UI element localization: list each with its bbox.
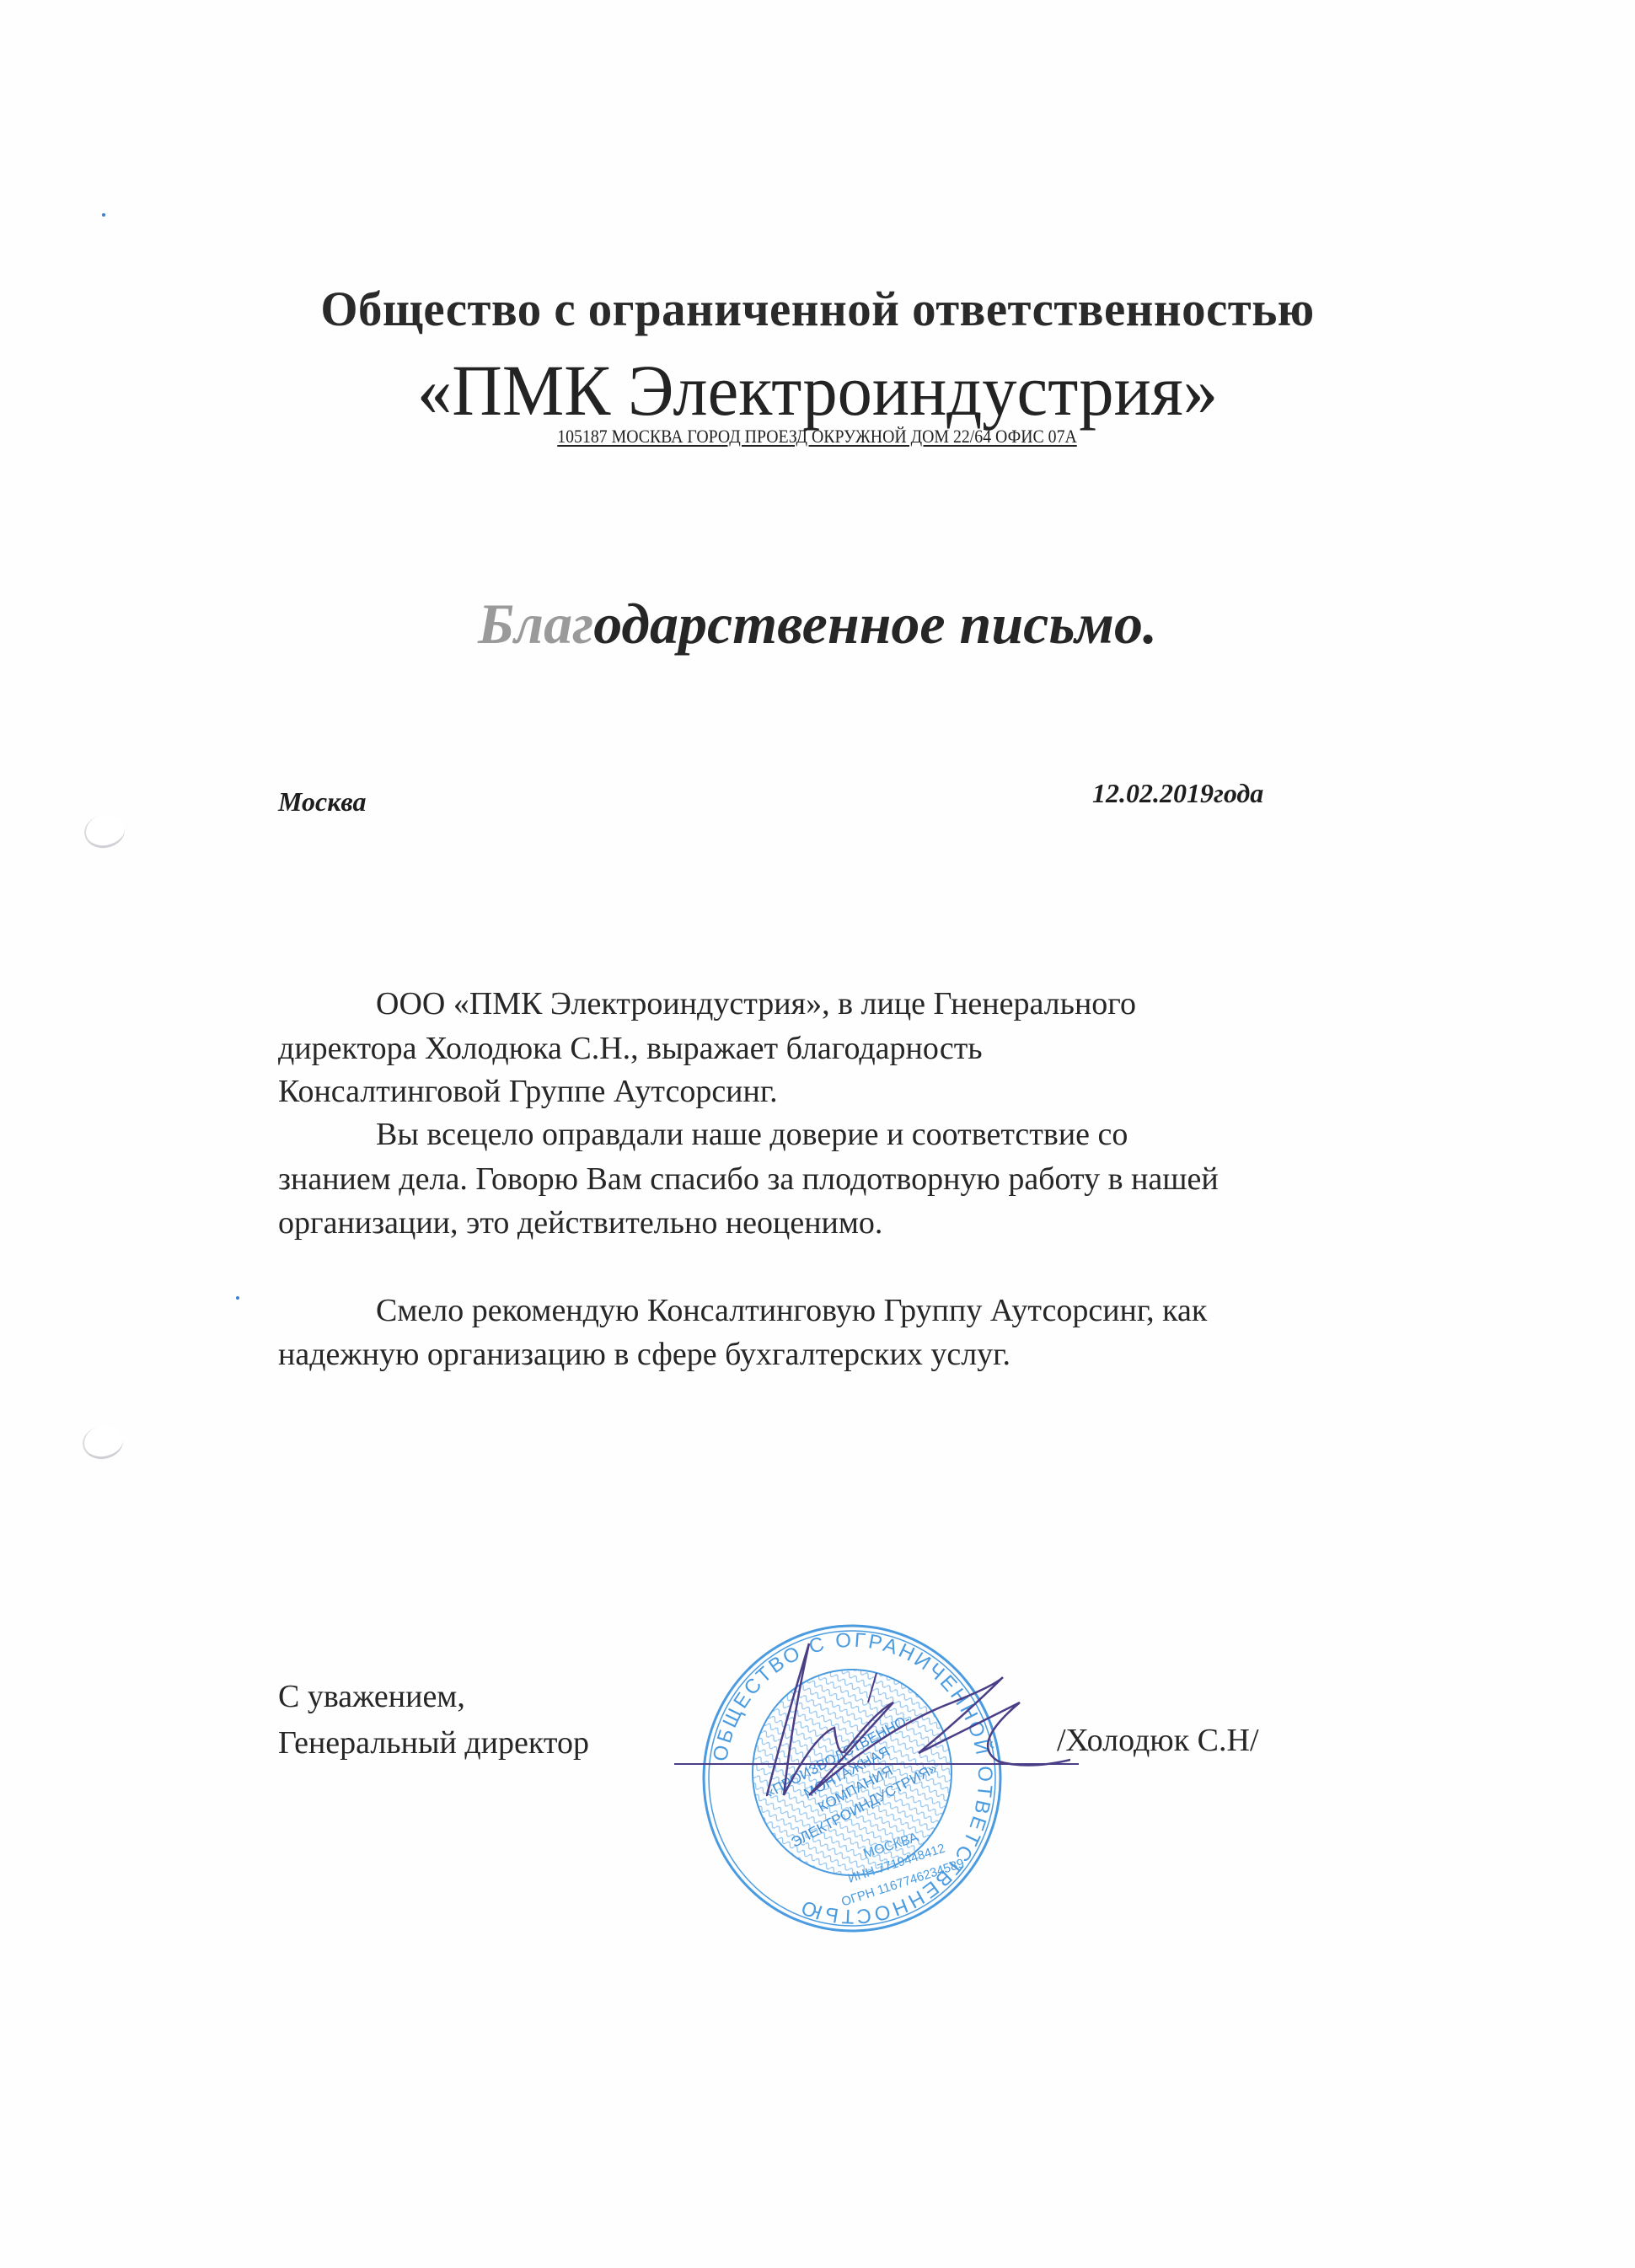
body-line: Вы всецело оправдали наше доверие и соот… [376,1118,1128,1150]
letter-place: Москва [278,788,367,815]
letter-date: 12.02.2019года [1092,780,1263,807]
title-rest: одарственное письмо. [593,592,1157,656]
letter-title: Благодарственное письмо. [0,595,1635,652]
ink-speck [236,1296,239,1300]
body-line: Смело рекомендую Консалтинговую Группу А… [376,1295,1207,1327]
signer-name: /Холодюк С.Н/ [1057,1724,1259,1756]
body-line: Консалтинговой Группе Аутсорсинг. [278,1075,778,1107]
body-line: директора Холодюка С.Н., выражает благод… [278,1032,983,1064]
signer-position: Генеральный директор [278,1727,589,1759]
punch-hole-mark [82,812,127,851]
organization-address: 105187 МОСКВА ГОРОД ПРОЕЗД ОКРУЖНОЙ ДОМ … [0,427,1635,446]
organization-form: Общество с ограниченной ответственностью [16,285,1618,334]
organization-name: «ПМК Электроиндустрия» [33,354,1602,426]
punch-hole-mark [80,1423,126,1462]
body-line: организации, это действительно неоценимо… [278,1207,882,1239]
ink-speck [102,213,105,217]
body-line: надежную организацию в сфере бухгалтерск… [278,1338,1010,1370]
title-faded-part: Благ [478,592,593,656]
body-line: знанием дела. Говорю Вам спасибо за плод… [278,1163,1219,1195]
handwritten-signature [666,1627,1070,1812]
body-line: ООО «ПМК Электроиндустрия», в лице Гнене… [376,988,1136,1020]
closing-regards: С уважением, [278,1681,465,1713]
address-text: 105187 МОСКВА ГОРОД ПРОЕЗД ОКРУЖНОЙ ДОМ … [558,427,1078,446]
letter-page: Общество с ограниченной ответственностью… [0,0,1635,2268]
